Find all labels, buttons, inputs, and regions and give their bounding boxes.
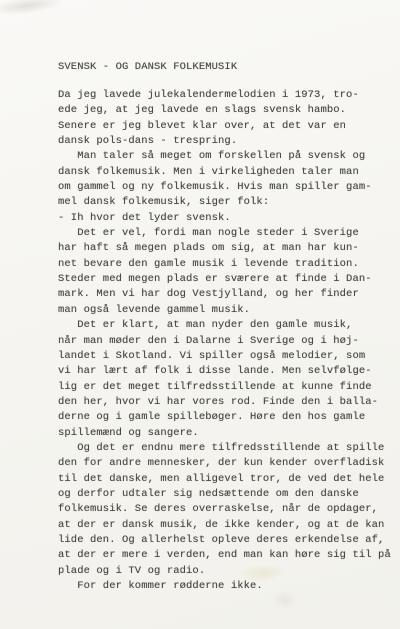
document-body-text: Da jeg lavede julekalendermelodien i 197… bbox=[58, 88, 391, 594]
document-title: SVENSK - OG DANSK FOLKEMUSIK bbox=[58, 60, 237, 75]
paper-smudge-top-left bbox=[0, 0, 69, 18]
document-page: SVENSK - OG DANSK FOLKEMUSIK Da jeg lave… bbox=[0, 0, 400, 629]
